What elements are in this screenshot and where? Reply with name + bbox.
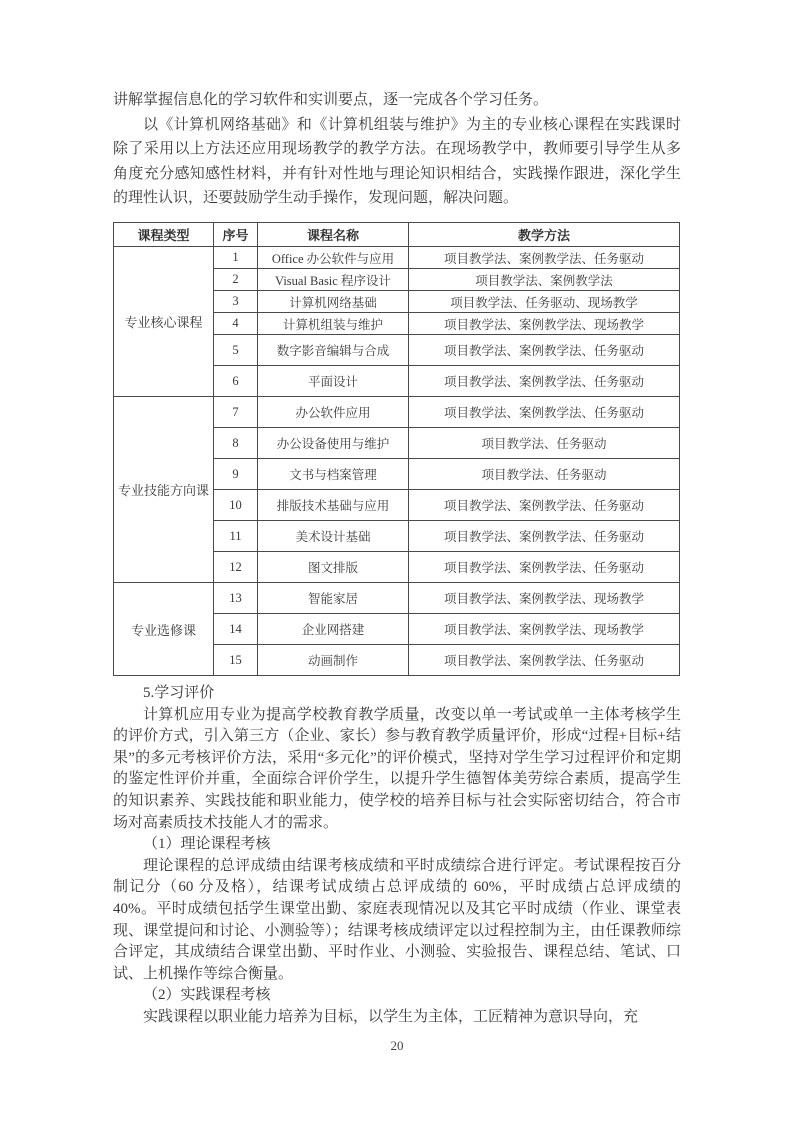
cell-method: 项目教学法、任务驱动、现场教学 <box>409 291 680 313</box>
top-text-block: 讲解掌握信息化的学习软件和实训要点，逐一完成各个学习任务。 以《计算机网络基础》… <box>113 88 681 211</box>
table-row: 专业选修课 13 智能家居 项目教学法、案例教学法、现场教学 <box>114 583 680 614</box>
cell-name: 平面设计 <box>258 366 409 397</box>
cell-no: 3 <box>214 291 258 313</box>
group-skill-direction-courses: 专业技能方向课 <box>114 397 214 583</box>
cell-no: 2 <box>214 269 258 291</box>
cell-method: 项目教学法、案例教学法、任务驱动 <box>409 397 680 428</box>
table-row: 专业技能方向课 7 办公软件应用 项目教学法、案例教学法、任务驱动 <box>114 397 680 428</box>
cell-no: 11 <box>214 521 258 552</box>
cell-no: 14 <box>214 614 258 645</box>
cell-name: 办公设备使用与维护 <box>258 428 409 459</box>
cell-no: 10 <box>214 490 258 521</box>
cell-no: 9 <box>214 459 258 490</box>
page-number: 20 <box>0 1038 794 1054</box>
header-teaching-method: 教学方法 <box>409 223 680 247</box>
subsection-heading-theory-assessment: （1）理论课程考核 <box>113 834 681 856</box>
cell-name: 计算机网络基础 <box>258 291 409 313</box>
cell-no: 4 <box>214 313 258 335</box>
cell-method: 项目教学法、案例教学法、任务驱动 <box>409 335 680 366</box>
subsection-heading-practice-assessment: （2）实践课程考核 <box>113 985 681 1007</box>
course-teaching-method-table: 课程类型 序号 课程名称 教学方法 专业核心课程 1 Office 办公软件与应… <box>113 222 680 676</box>
cell-method: 项目教学法、案例教学法、任务驱动 <box>409 645 680 676</box>
group-core-courses: 专业核心课程 <box>114 247 214 397</box>
cell-name: 排版技术基础与应用 <box>258 490 409 521</box>
cell-name: 办公软件应用 <box>258 397 409 428</box>
paragraph-theory-assessment: 理论课程的总评成绩由结课考核成绩和平时成绩综合进行评定。考试课程按百分制记分（6… <box>113 856 681 986</box>
cell-no: 13 <box>214 583 258 614</box>
table-row: 专业核心课程 1 Office 办公软件与应用 项目教学法、案例教学法、任务驱动 <box>114 247 680 269</box>
cell-no: 8 <box>214 428 258 459</box>
cell-method: 项目教学法、案例教学法、现场教学 <box>409 313 680 335</box>
header-course-name: 课程名称 <box>258 223 409 247</box>
cell-method: 项目教学法、案例教学法 <box>409 269 680 291</box>
cell-name: Visual Basic 程序设计 <box>258 269 409 291</box>
cell-no: 15 <box>214 645 258 676</box>
paragraph-evaluation-overview: 计算机应用专业为提高学校教育教学质量，改变以单一考试或单一主体考核学生的评价方式… <box>113 705 681 835</box>
cell-name: 动画制作 <box>258 645 409 676</box>
document-page: 讲解掌握信息化的学习软件和实训要点，逐一完成各个学习任务。 以《计算机网络基础》… <box>0 0 794 1123</box>
cell-method: 项目教学法、案例教学法、任务驱动 <box>409 247 680 269</box>
cell-method: 项目教学法、案例教学法、任务驱动 <box>409 521 680 552</box>
cell-method: 项目教学法、案例教学法、任务驱动 <box>409 552 680 583</box>
paragraph-core-courses: 以《计算机网络基础》和《计算机组装与维护》为主的专业核心课程在实践课时除了采用以… <box>113 113 681 211</box>
cell-method: 项目教学法、案例教学法、现场教学 <box>409 614 680 645</box>
header-course-type: 课程类型 <box>114 223 214 247</box>
cell-method: 项目教学法、案例教学法、任务驱动 <box>409 366 680 397</box>
cell-no: 7 <box>214 397 258 428</box>
cell-method: 项目教学法、任务驱动 <box>409 459 680 490</box>
cell-name: 企业网搭建 <box>258 614 409 645</box>
cell-method: 项目教学法、案例教学法、任务驱动 <box>409 490 680 521</box>
table-header-row: 课程类型 序号 课程名称 教学方法 <box>114 223 680 247</box>
bottom-text-block: 5.学习评价 计算机应用专业为提高学校教育教学质量，改变以单一考试或单一主体考核… <box>113 683 681 1029</box>
cell-no: 1 <box>214 247 258 269</box>
cell-method: 项目教学法、任务驱动 <box>409 428 680 459</box>
section-heading-learning-evaluation: 5.学习评价 <box>113 683 681 705</box>
cell-name: 数字影音编辑与合成 <box>258 335 409 366</box>
cell-name: 计算机组装与维护 <box>258 313 409 335</box>
cell-name: 图文排版 <box>258 552 409 583</box>
paragraph-practice-assessment: 实践课程以职业能力培养为目标，以学生为主体，工匠精神为意识导向，充 <box>113 1007 681 1029</box>
cell-name: Office 办公软件与应用 <box>258 247 409 269</box>
header-serial-no: 序号 <box>214 223 258 247</box>
cell-no: 5 <box>214 335 258 366</box>
cell-name: 美术设计基础 <box>258 521 409 552</box>
cell-method: 项目教学法、案例教学法、现场教学 <box>409 583 680 614</box>
paragraph-continuation: 讲解掌握信息化的学习软件和实训要点，逐一完成各个学习任务。 <box>113 88 681 113</box>
cell-name: 文书与档案管理 <box>258 459 409 490</box>
cell-no: 12 <box>214 552 258 583</box>
cell-no: 6 <box>214 366 258 397</box>
cell-name: 智能家居 <box>258 583 409 614</box>
group-elective-courses: 专业选修课 <box>114 583 214 676</box>
